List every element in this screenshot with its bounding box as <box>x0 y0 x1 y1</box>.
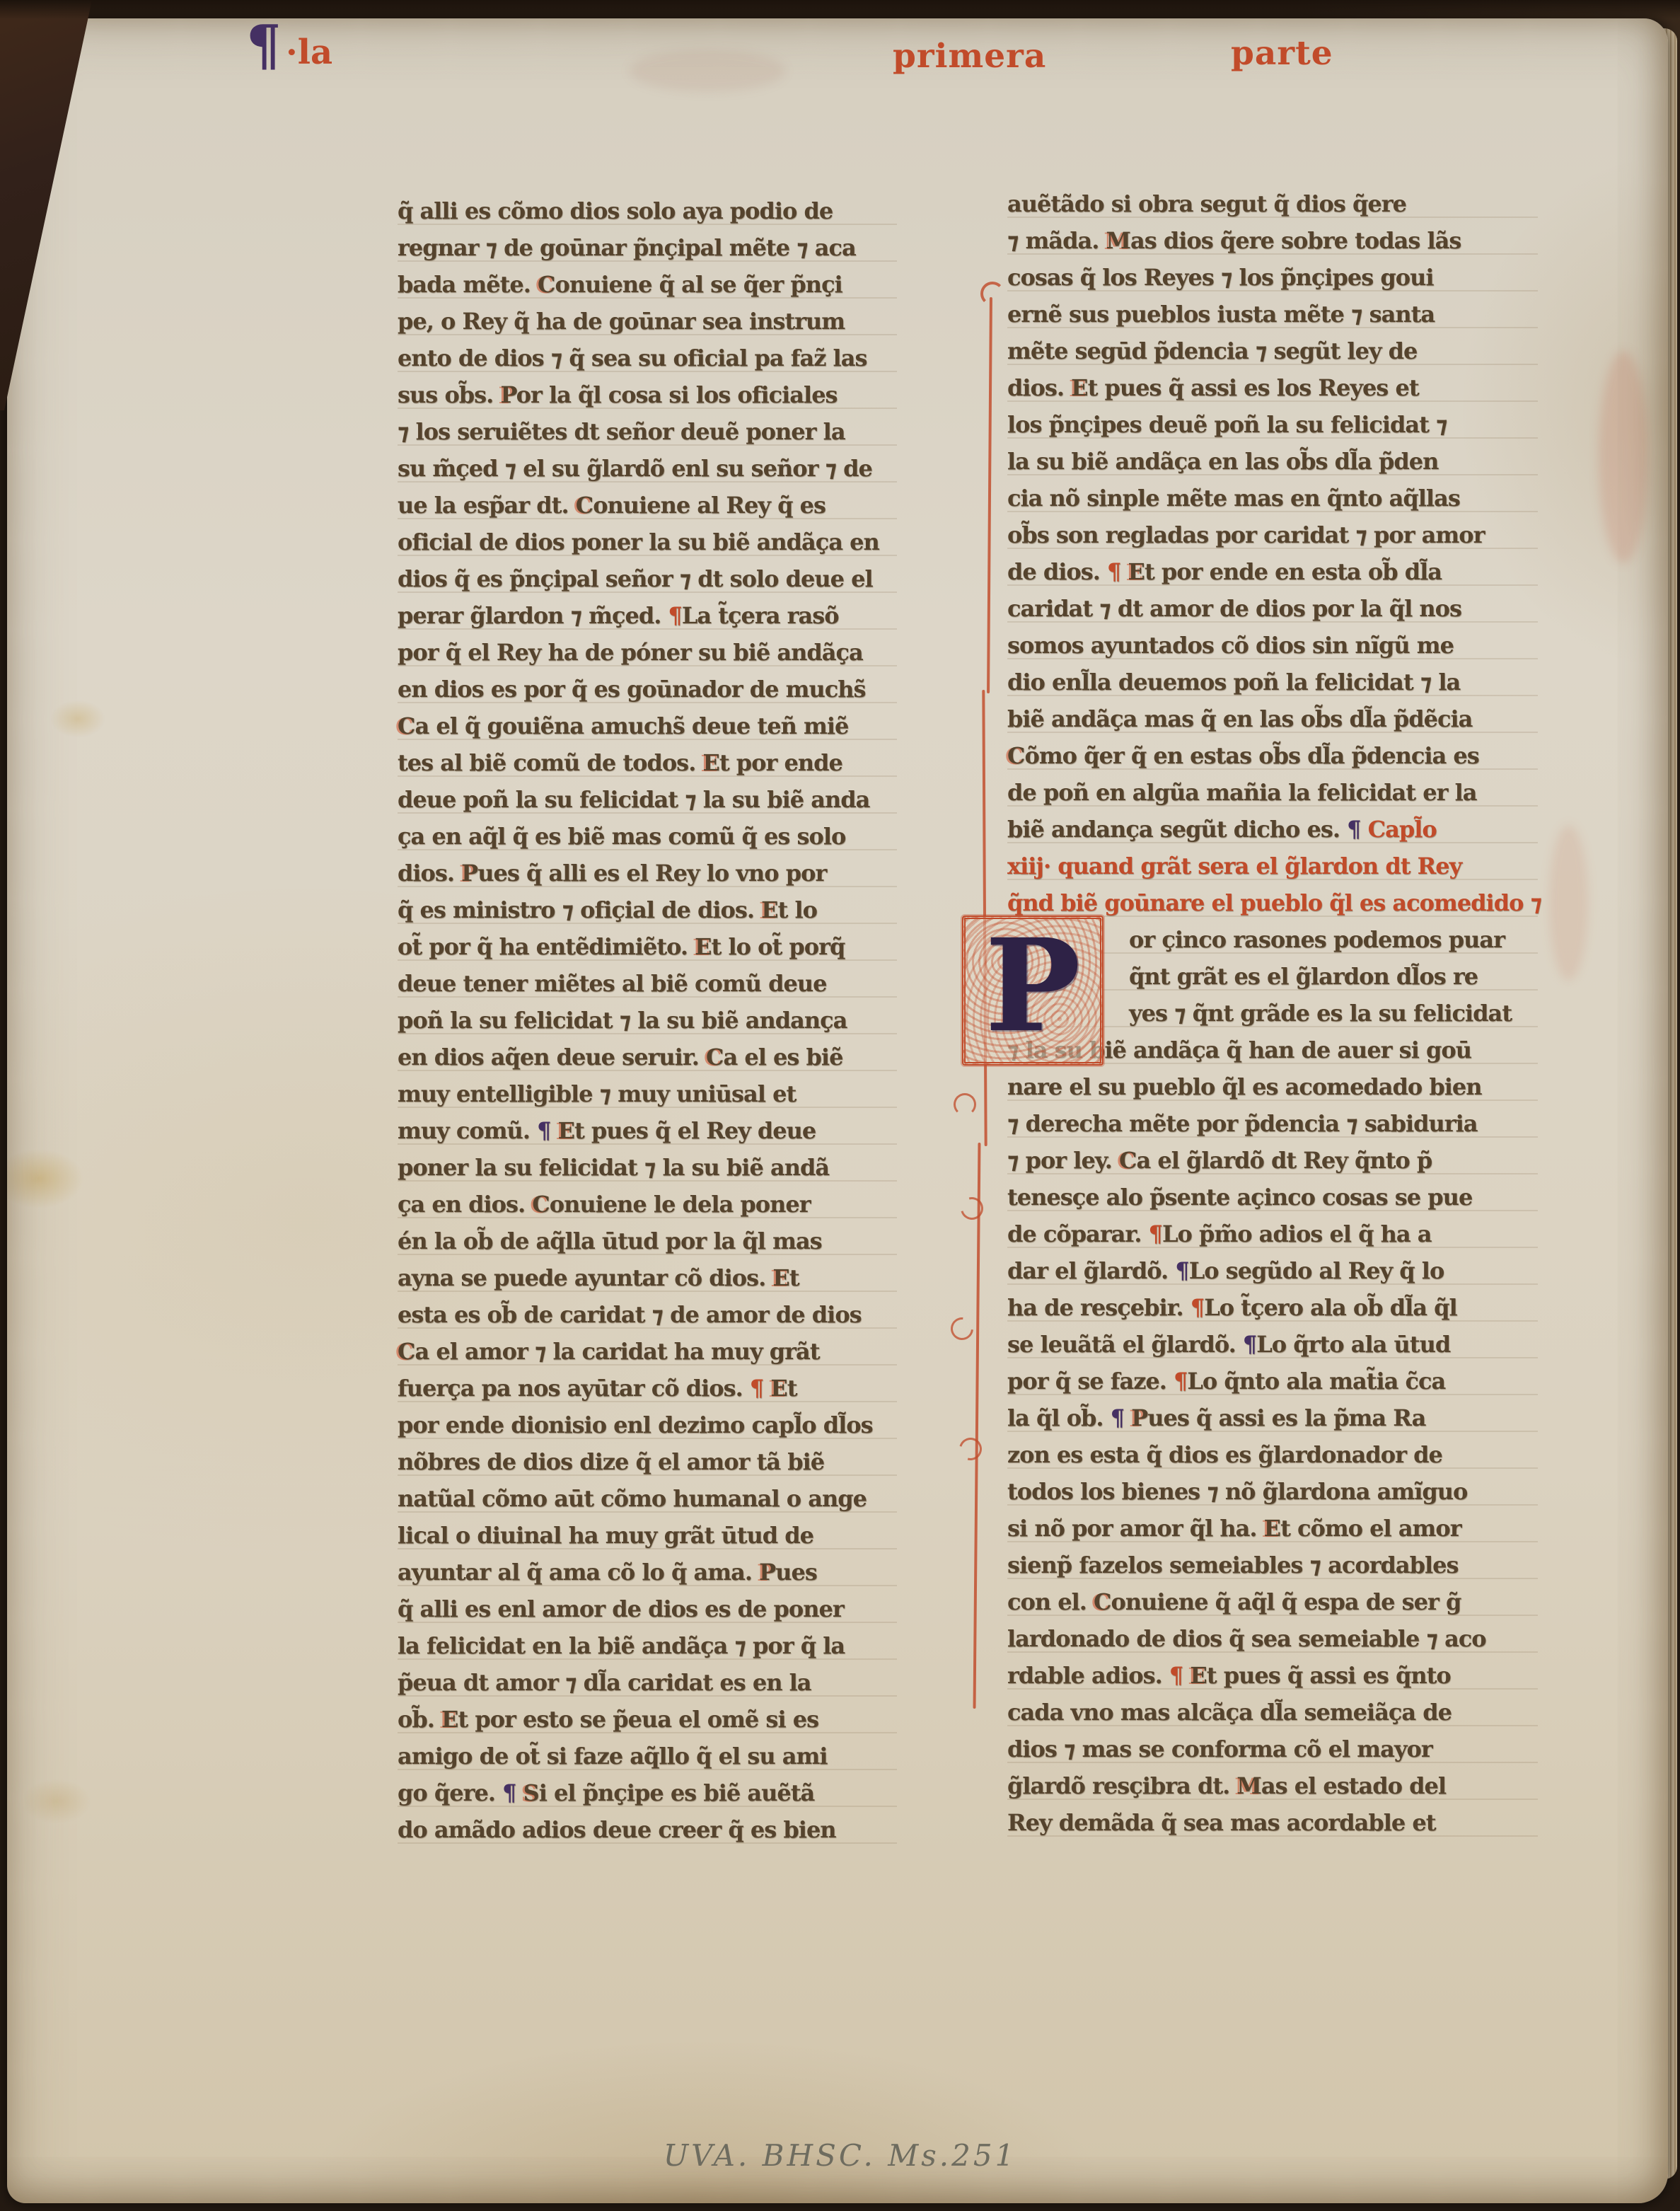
text-segment: én la ob̃ de aq̃lla ūtud por la q̃l mas <box>398 1228 822 1254</box>
text-segment: la su biẽ andãça en las ob̃s dl̃a p̃den <box>1007 448 1438 475</box>
text-line: Ca el amor ⁊ la caridat ha muy grãt <box>398 1333 897 1370</box>
text-segment: sus ob̃s. <box>398 381 500 408</box>
text-line: nõbres de dios dize q̃ el amor tã biẽ <box>398 1443 897 1480</box>
text-segment: en dios aq̃en deue seruir. <box>398 1044 706 1070</box>
text-line: muy entelligible ⁊ muy uniūsal et <box>398 1075 897 1112</box>
text-segment: en dios es por q̃ es goūnador de muchs̃ <box>398 676 866 703</box>
text-line: poñ la su felicidat ⁊ la su biẽ andança <box>398 1002 897 1039</box>
text-line: la felicidat en la biẽ andãça ⁊ por q̃ l… <box>398 1627 897 1664</box>
text-segment: Lo p̃m̃o adios el q̃ ha a <box>1162 1220 1432 1247</box>
text-segment: mẽte segūd p̃dencia ⁊ segũt ley de <box>1007 337 1417 364</box>
text-segment: lical o diuinal ha muy grãt ūtud de <box>398 1522 813 1549</box>
text-line: xiij· quand grãt sera el g̃lardon dt Rey <box>1007 848 1538 884</box>
text-line: ue la esp̃ar dt. Conuiene al Rey q̃ es <box>398 487 897 524</box>
text-segment: ob̃s son regladas por caridat ⁊ por amor <box>1007 521 1484 548</box>
text-line: perar g̃lardon ⁊ m̃çed. ¶La t̃çera rasõ <box>398 597 897 634</box>
text-segment: auẽtãdo si obra segut q̃ dios q̃ere <box>1007 190 1406 217</box>
text-segment: con el. <box>1007 1588 1094 1615</box>
text-segment: g̃lardõ resçibra dt. <box>1007 1772 1236 1799</box>
text-segment: sienp̃ fazelos semeiables ⁊ acordables <box>1007 1552 1459 1578</box>
text-segment: E <box>702 749 719 776</box>
text-segment: ues q̃ alli es el Rey lo vno por <box>477 860 826 887</box>
running-title-primera: primera <box>893 37 1046 76</box>
rubric-segment: ¶ <box>502 1779 516 1806</box>
text-segment: Lo segũdo al Rey q̃ lo <box>1189 1257 1444 1284</box>
text-segment: amigo de ot̃ si faze aq̃llo q̃ el su ami <box>398 1743 827 1770</box>
text-segment: E <box>770 1375 787 1402</box>
ink-bleed-mark <box>1549 825 1588 981</box>
text-segment: La t̃çera rasõ <box>682 602 839 629</box>
text-line: ça en aq̃l q̃ es biẽ mas comũ q̃ es solo <box>398 818 897 855</box>
rubric-segment: ¶ <box>537 1117 550 1144</box>
text-segment: nõbres de dios dize q̃ el amor tã biẽ <box>398 1448 824 1475</box>
text-line: p̃eua dt amor ⁊ dl̃a caridat es en la <box>398 1664 897 1701</box>
text-line: de poñ en algũa mañia la felicidat er la <box>1007 774 1538 811</box>
text-line: todos los bienes ⁊ nõ g̃lardona amĩguo <box>1007 1473 1538 1510</box>
text-line: Cõmo q̃er q̃ en estas ob̃s dl̃a p̃dencia… <box>1007 737 1538 774</box>
text-line: deue tener miẽtes al biẽ comũ deue <box>398 965 897 1002</box>
text-line: dios. Et pues q̃ assi es los Reyes et <box>1007 369 1538 406</box>
decorated-initial-box: P <box>962 916 1103 1066</box>
text-line: do amãdo adios deue creer q̃ es bien <box>398 1811 897 1848</box>
text-segment: todos los bienes ⁊ nõ g̃lardona amĩguo <box>1007 1478 1467 1505</box>
text-line: go q̃ere. ¶ Si el p̃nçipe es biẽ auẽtã <box>398 1774 897 1811</box>
running-title-la: ·la <box>286 33 332 72</box>
text-line: natũal cõmo aūt cõmo humanal o ange <box>398 1480 897 1517</box>
text-segment: fuerça pa nos ayūtar cõ dios. <box>398 1375 750 1402</box>
text-segment: E <box>772 1264 789 1291</box>
text-line: auẽtãdo si obra segut q̃ dios q̃ere <box>1007 185 1538 222</box>
text-segment: cada vno mas alcãça dl̃a semeiãça de <box>1007 1699 1452 1726</box>
text-segment: muy entelligible ⁊ muy uniūsal et <box>398 1080 796 1107</box>
text-line: la q̃l ob̃. ¶ Pues q̃ assi es la p̃ma Ra <box>1007 1399 1538 1436</box>
rubric-segment: q̃nd biẽ goūnare el pueblo q̃l es acomed… <box>1007 889 1541 916</box>
text-segment: t <box>789 1264 799 1291</box>
text-line: ento de dios ⁊ q̃ sea su oficial pa faz̃… <box>398 340 897 376</box>
text-line: ernẽ sus pueblos iusta mẽte ⁊ santa <box>1007 296 1538 333</box>
text-line: somos ayuntados cõ dios sin nĩgũ me <box>1007 627 1538 664</box>
text-line: amigo de ot̃ si faze aq̃llo q̃ el su ami <box>398 1738 897 1774</box>
text-line: su m̃çed ⁊ el su g̃lardõ enl su señor ⁊ … <box>398 450 897 487</box>
text-line: én la ob̃ de aq̃lla ūtud por la q̃l mas <box>398 1223 897 1259</box>
text-segment: E <box>558 1117 574 1144</box>
text-line: se leuãtã el g̃lardõ. ¶Lo q̃rto ala ūtud <box>1007 1326 1538 1363</box>
text-segment: lardonado de dios q̃ sea semeiable ⁊ aco <box>1007 1625 1486 1652</box>
text-line: regnar ⁊ de goūnar p̃nçipal mẽte ⁊ aca <box>398 229 897 266</box>
text-line: ayna se puede ayuntar cõ dios. Et <box>398 1259 897 1296</box>
text-segment: i el p̃nçipe es biẽ auẽtã <box>539 1779 815 1806</box>
text-line: esta es ob̃ de caridat ⁊ de amor de dios <box>398 1296 897 1333</box>
text-segment: p̃eua dt amor ⁊ dl̃a caridat es en la <box>398 1669 811 1696</box>
text-segment: poner la su felicidat ⁊ la su biẽ andã <box>398 1154 829 1181</box>
text-segment: muy comũ. <box>398 1117 537 1144</box>
text-line: Ca el q̃ gouiẽna amuchs̃ deue teñ miẽ <box>398 708 897 744</box>
text-segment: dar el g̃lardõ. <box>1007 1257 1175 1284</box>
text-segment: Rey demãda q̃ sea mas acordable et <box>1007 1809 1435 1836</box>
text-segment: ento de dios ⁊ q̃ sea su oficial pa faz̃… <box>398 345 867 371</box>
text-line: de cõparar. ¶Lo p̃m̃o adios el q̃ ha a <box>1007 1216 1538 1252</box>
text-line: ha de resçebir. ¶Lo t̃çero ala ob̃ dl̃a … <box>1007 1289 1538 1326</box>
text-segment: as dios q̃ere sobre todas lãs <box>1130 227 1461 254</box>
text-segment: or la q̃l cosa si los oficiales <box>516 381 838 408</box>
text-line: zon es esta q̃ dios es g̃lardonador de <box>1007 1436 1538 1473</box>
rubric-segment: ¶ <box>750 1375 763 1402</box>
text-line: sienp̃ fazelos semeiables ⁊ acordables <box>1007 1547 1538 1583</box>
text-line: nare el su pueblo q̃l es acomedado bien <box>1007 1068 1538 1105</box>
text-segment: por q̃ se faze. <box>1007 1368 1174 1395</box>
text-segment: si nõ por amor q̃l ha. <box>1007 1515 1264 1542</box>
text-line: la su biẽ andãça en las ob̃s dl̃a p̃den <box>1007 443 1538 480</box>
rubric-segment: ¶ <box>1111 1404 1124 1431</box>
text-segment: a el q̃ gouiẽna amuchs̃ deue teñ miẽ <box>415 712 848 739</box>
text-line: ob̃s son regladas por caridat ⁊ por amor <box>1007 516 1538 553</box>
text-segment: la q̃l ob̃. <box>1007 1404 1111 1431</box>
text-segment: ernẽ sus pueblos iusta mẽte ⁊ santa <box>1007 301 1435 328</box>
text-line: ob̃. Et por esto se p̃eua el omẽ si es <box>398 1701 897 1738</box>
rubric-segment: ¶ <box>1174 1368 1187 1395</box>
ink-bleed-mark <box>1599 351 1648 563</box>
rubric-segment: ¶ <box>1191 1294 1204 1321</box>
text-segment: E <box>761 896 777 923</box>
text-segment: a el amor ⁊ la caridat ha muy grãt <box>415 1338 819 1365</box>
text-segment <box>516 1779 523 1806</box>
text-segment: ⁊ los seruiẽtes dt señor deuẽ poner la <box>398 418 845 445</box>
text-segment: ça en dios. <box>398 1191 532 1218</box>
red-flourish-curl <box>954 1093 976 1116</box>
text-line: q̃ alli es cõmo dios solo aya podio de <box>398 192 897 229</box>
text-segment: ot̃ por q̃ ha entẽdimiẽto. <box>398 933 695 960</box>
text-segment: go q̃ere. <box>398 1779 502 1806</box>
text-line: dio enl̃la deuemos poñ la felicidat ⁊ la <box>1007 664 1538 700</box>
text-segment: q̃ alli es enl amor de dios es de poner <box>398 1595 844 1622</box>
text-segment: Lo q̃rto ala ūtud <box>1256 1331 1450 1358</box>
text-segment: ayuntar al q̃ ama cõ lo q̃ ama. <box>398 1559 759 1586</box>
text-segment: t cõmo el amor <box>1280 1515 1461 1542</box>
text-segment: onuiene q̃ al se q̃er p̃nçi <box>555 271 842 298</box>
text-line: pe, o Rey q̃ ha de goūnar sea instrum <box>398 303 897 340</box>
text-line: ⁊ por ley. Ca el g̃lardõ dt Rey q̃nto p̃ <box>1007 1142 1538 1179</box>
text-segment: C <box>532 1191 549 1218</box>
text-segment <box>1183 1662 1190 1689</box>
text-segment: de cõparar. <box>1007 1220 1149 1247</box>
text-segment: zon es esta q̃ dios es g̃lardonador de <box>1007 1441 1442 1468</box>
text-segment: E <box>1190 1662 1206 1689</box>
text-segment: as el estado del <box>1261 1772 1446 1799</box>
text-segment: C <box>398 712 415 739</box>
text-segment: t lo <box>778 896 817 923</box>
text-line: oficial de dios poner la su biẽ andãça e… <box>398 524 897 560</box>
text-segment: or çinco rasones podemos puar <box>1129 926 1505 953</box>
text-segment <box>550 1117 557 1144</box>
text-segment: t pues q̃ assi es los Reyes et <box>1088 374 1419 401</box>
text-segment: bada mẽte. <box>398 271 538 298</box>
text-line: caridat ⁊ dt amor de dios por la q̃l nos <box>1007 590 1538 627</box>
ink-bleed-mark <box>630 50 785 92</box>
text-segment: biẽ andança segũt dicho es. <box>1007 816 1347 843</box>
text-column-left: q̃ alli es cõmo dios solo aya podio dere… <box>398 192 897 1848</box>
text-line: q̃ alli es enl amor de dios es de poner <box>398 1591 897 1627</box>
decorated-initial-letter: P <box>985 923 1080 1050</box>
text-segment: deue poñ la su felicidat ⁊ la su biẽ and… <box>398 786 869 813</box>
text-segment: E <box>695 933 711 960</box>
text-segment: somos ayuntados cõ dios sin nĩgũ me <box>1007 632 1454 659</box>
text-segment: t pues q̃ el Rey deue <box>574 1117 816 1144</box>
text-segment: dios q̃ es p̃nçipal señor ⁊ dt solo deue… <box>398 565 873 592</box>
rubric-segment: ¶ <box>1243 1331 1256 1358</box>
text-line: ot̃ por q̃ ha entẽdimiẽto. Et lo ot̃ por… <box>398 928 897 965</box>
text-segment: ⁊ derecha mẽte por p̃dencia ⁊ sabiduria <box>1007 1110 1477 1137</box>
text-segment: ayna se puede ayuntar cõ dios. <box>398 1264 772 1291</box>
text-segment: E <box>1264 1515 1280 1542</box>
text-segment: C <box>398 1338 415 1365</box>
text-segment: caridat ⁊ dt amor de dios por la q̃l nos <box>1007 595 1461 622</box>
text-segment: q̃nt grãt es el g̃lardon dl̃os re <box>1129 963 1478 990</box>
text-segment: oficial de dios poner la su biẽ andãça e… <box>398 529 879 555</box>
text-segment: ⁊ mãda. <box>1007 227 1106 254</box>
text-segment: ues <box>775 1559 817 1586</box>
text-segment: tes al biẽ comũ de todos. <box>398 749 702 776</box>
text-segment: C <box>706 1044 723 1070</box>
text-segment: t <box>787 1375 797 1402</box>
text-segment: dios. <box>1007 374 1071 401</box>
text-segment: S <box>523 1779 539 1806</box>
text-segment: ⁊ por ley. <box>1007 1147 1119 1174</box>
text-line: Rey demãda q̃ sea mas acordable et <box>1007 1804 1538 1841</box>
text-segment: t por ende en esta ob̃ dl̃a <box>1145 558 1442 585</box>
text-line: dios ⁊ mas se conforma cõ el mayor <box>1007 1731 1538 1767</box>
text-segment: õmo q̃er q̃ en estas ob̃s dl̃a p̃dencia … <box>1024 742 1478 769</box>
text-segment: esta es ob̃ de caridat ⁊ de amor de dios <box>398 1301 862 1328</box>
text-segment: a el es biẽ <box>724 1044 843 1070</box>
text-line: si nõ por amor q̃l ha. Et cõmo el amor <box>1007 1510 1538 1547</box>
text-line: tes al biẽ comũ de todos. Et por ende <box>398 744 897 781</box>
text-segment: ha de resçebir. <box>1007 1294 1191 1321</box>
text-segment: rdable adios. <box>1007 1662 1169 1689</box>
text-segment: Lo q̃nto ala mat̃ia c̃ca <box>1187 1368 1445 1395</box>
text-line: cosas q̃ los Reyes ⁊ los p̃nçipes goui <box>1007 259 1538 296</box>
text-segment: C <box>1119 1147 1136 1174</box>
rubric-segment: Capl̃o <box>1368 816 1437 843</box>
text-line: deue poñ la su felicidat ⁊ la su biẽ and… <box>398 781 897 818</box>
text-segment: t pues q̃ assi es q̃nto <box>1207 1662 1451 1689</box>
text-line: dios q̃ es p̃nçipal señor ⁊ dt solo deue… <box>398 560 897 597</box>
text-line: los p̃nçipes deuẽ poñ la su felicidat ⁊ <box>1007 406 1538 443</box>
text-segment: q̃ alli es cõmo dios solo aya podio de <box>398 197 833 224</box>
text-segment: ues q̃ assi es la p̃ma Ra <box>1147 1404 1425 1431</box>
text-line: dar el g̃lardõ. ¶Lo segũdo al Rey q̃ lo <box>1007 1252 1538 1289</box>
rubric-segment: ¶ <box>1149 1220 1162 1247</box>
text-line: ⁊ mãda. Mas dios q̃ere sobre todas lãs <box>1007 222 1538 259</box>
text-line: g̃lardõ resçibra dt. Mas el estado del <box>1007 1767 1538 1804</box>
text-segment: onuiene q̃ aq̃l q̃ espa de ser g̃ <box>1111 1588 1461 1615</box>
text-segment: t lo ot̃ porq̃ <box>712 933 845 960</box>
text-segment: por q̃ el Rey ha de póner su biẽ andãça <box>398 639 863 666</box>
text-segment <box>1120 558 1128 585</box>
rubric-segment: xiij· quand grãt sera el g̃lardon dt Rey <box>1007 853 1461 879</box>
text-line: tenesçe alo p̃sente açinco cosas se pue <box>1007 1179 1538 1216</box>
text-segment: M <box>1106 227 1130 254</box>
text-line: ayuntar al q̃ ama cõ lo q̃ ama. Pues <box>398 1554 897 1591</box>
text-segment <box>763 1375 770 1402</box>
text-segment: ça en aq̃l q̃ es biẽ mas comũ q̃ es solo <box>398 823 845 850</box>
text-segment: dios. <box>398 860 461 887</box>
text-segment: t por esto se p̃eua el omẽ si es <box>458 1706 818 1733</box>
header-paraph-mark: ¶ <box>246 18 282 74</box>
text-line: ⁊ derecha mẽte por p̃dencia ⁊ sabiduria <box>1007 1105 1538 1142</box>
text-segment: q̃ es ministro ⁊ ofiçial de dios. <box>398 896 761 923</box>
text-line: ⁊ los seruiẽtes dt señor deuẽ poner la <box>398 413 897 450</box>
rubric-segment: ¶ <box>1347 816 1360 843</box>
text-segment: P <box>1131 1404 1147 1431</box>
text-segment: P <box>461 860 477 887</box>
text-line: cia nõ sinple mẽte mas en q̃nto aq̃llas <box>1007 480 1538 516</box>
text-segment: biẽ andãça mas q̃ en las ob̃s dl̃a p̃dẽc… <box>1007 705 1472 732</box>
text-segment <box>1124 1404 1131 1431</box>
text-segment: do amãdo adios deue creer q̃ es bien <box>398 1816 836 1843</box>
text-segment: dios ⁊ mas se conforma cõ el mayor <box>1007 1736 1432 1762</box>
text-line: con el. Conuiene q̃ aq̃l q̃ espa de ser … <box>1007 1583 1538 1620</box>
text-segment: P <box>759 1559 775 1586</box>
text-segment: a el g̃lardõ dt Rey q̃nto p̃ <box>1136 1147 1432 1174</box>
text-segment: cia nõ sinple mẽte mas en q̃nto aq̃llas <box>1007 485 1460 512</box>
text-segment: perar g̃lardon ⁊ m̃çed. <box>398 602 668 629</box>
text-segment: nare el su pueblo q̃l es acomedado bien <box>1007 1073 1482 1100</box>
text-line: en dios es por q̃ es goūnador de muchs̃ <box>398 671 897 708</box>
text-line: lardonado de dios q̃ sea semeiable ⁊ aco <box>1007 1620 1538 1657</box>
text-line: cada vno mas alcãça dl̃a semeiãça de <box>1007 1694 1538 1731</box>
rubric-segment: ¶ <box>668 602 682 629</box>
text-segment: de dios. <box>1007 558 1107 585</box>
red-flourish-hook <box>980 282 1004 306</box>
text-segment: yes ⁊ q̃nt grãde es la su felicidat <box>1129 1000 1512 1027</box>
text-segment: pe, o Rey q̃ ha de goūnar sea instrum <box>398 308 845 335</box>
text-segment: C <box>1094 1588 1111 1615</box>
rubric-segment: ¶ <box>1169 1662 1183 1689</box>
text-segment: ob̃. <box>398 1706 441 1733</box>
text-line: bada mẽte. Conuiene q̃ al se q̃er p̃nçi <box>398 266 897 303</box>
text-segment: ue la esp̃ar dt. <box>398 492 576 519</box>
text-segment: su m̃çed ⁊ el su g̃lardõ enl su señor ⁊ … <box>398 455 872 482</box>
text-line: sus ob̃s. Por la q̃l cosa si los oficial… <box>398 376 897 413</box>
text-segment: natũal cõmo aūt cõmo humanal o ange <box>398 1485 867 1512</box>
text-line: q̃ es ministro ⁊ ofiçial de dios. Et lo <box>398 891 897 928</box>
text-segment: regnar ⁊ de goūnar p̃nçipal mẽte ⁊ aca <box>398 234 856 261</box>
text-segment: de poñ en algũa mañia la felicidat er la <box>1007 779 1476 806</box>
text-line: por q̃ el Rey ha de póner su biẽ andãça <box>398 634 897 671</box>
text-segment: la felicidat en la biẽ andãça ⁊ por q̃ l… <box>398 1632 845 1659</box>
text-segment: E <box>1128 558 1145 585</box>
text-segment: E <box>1071 374 1087 401</box>
text-segment: M <box>1236 1772 1261 1799</box>
text-segment: por ende dionisio enl dezimo capl̃o dl̃o… <box>398 1412 873 1438</box>
running-title-parte: parte <box>1231 34 1333 73</box>
text-segment: deue tener miẽtes al biẽ comũ deue <box>398 970 826 997</box>
rubric-segment: ¶ <box>1107 558 1120 585</box>
rubric-segment: ¶ <box>1175 1257 1188 1284</box>
text-segment <box>1360 816 1367 843</box>
text-line: rdable adios. ¶ Et pues q̃ assi es q̃nto <box>1007 1657 1538 1694</box>
text-line: en dios aq̃en deue seruir. Ca el es biẽ <box>398 1039 897 1075</box>
text-line: biẽ andança segũt dicho es. ¶ Capl̃o <box>1007 811 1538 848</box>
text-line: de dios. ¶ Et por ende en esta ob̃ dl̃a <box>1007 553 1538 590</box>
text-line: ça en dios. Conuiene le dela poner <box>398 1186 897 1223</box>
text-segment: cosas q̃ los Reyes ⁊ los p̃nçipes goui <box>1007 264 1434 291</box>
text-segment: Lo t̃çero ala ob̃ dl̃a q̃l <box>1204 1294 1457 1321</box>
text-segment: C <box>1007 742 1024 769</box>
text-segment: onuiene le dela poner <box>550 1191 811 1218</box>
text-segment: tenesçe alo p̃sente açinco cosas se pue <box>1007 1184 1472 1211</box>
text-segment: E <box>441 1706 458 1733</box>
text-segment: onuiene al Rey q̃ es <box>593 492 825 519</box>
shelfmark-caption: UVA. BHSC. Ms.251 <box>0 2138 1680 2173</box>
text-line: mẽte segūd p̃dencia ⁊ segũt ley de <box>1007 333 1538 369</box>
text-line: dios. Pues q̃ alli es el Rey lo vno por <box>398 855 897 891</box>
text-segment: C <box>576 492 593 519</box>
text-segment: se leuãtã el g̃lardõ. <box>1007 1331 1243 1358</box>
text-line: fuerça pa nos ayūtar cõ dios. ¶ Et <box>398 1370 897 1407</box>
text-segment: dio enl̃la deuemos poñ la felicidat ⁊ la <box>1007 669 1460 695</box>
text-line: muy comũ. ¶ Et pues q̃ el Rey deue <box>398 1112 897 1149</box>
text-segment: poñ la su felicidat ⁊ la su biẽ andança <box>398 1007 847 1034</box>
text-segment: los p̃nçipes deuẽ poñ la su felicidat ⁊ <box>1007 411 1447 438</box>
text-line: lical o diuinal ha muy grãt ūtud de <box>398 1517 897 1554</box>
text-segment: t por ende <box>719 749 842 776</box>
text-segment: P <box>500 381 516 408</box>
text-line: por q̃ se faze. ¶Lo q̃nto ala mat̃ia c̃c… <box>1007 1363 1538 1399</box>
text-segment: C <box>538 271 555 298</box>
text-line: por ende dionisio enl dezimo capl̃o dl̃o… <box>398 1407 897 1443</box>
text-line: biẽ andãça mas q̃ en las ob̃s dl̃a p̃dẽc… <box>1007 700 1538 737</box>
text-line: poner la su felicidat ⁊ la su biẽ andã <box>398 1149 897 1186</box>
